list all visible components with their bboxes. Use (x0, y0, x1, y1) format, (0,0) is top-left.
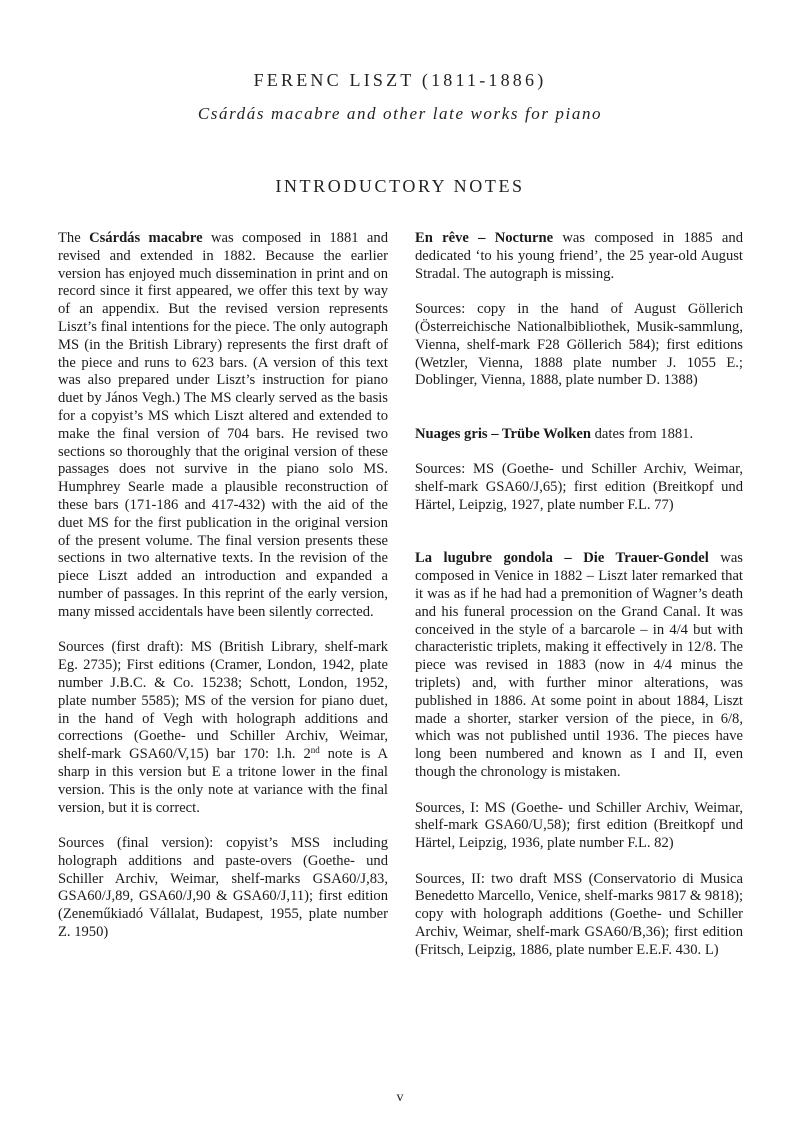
csardas-paragraph: The Csárdás macabre was composed in 1881… (58, 230, 388, 622)
sources-first-draft: Sources (first draft): MS (British Libra… (58, 639, 388, 817)
paragraph-body: was composed in Venice in 1882 – Liszt l… (415, 550, 743, 780)
en-reve-sources: Sources: copy in the hand of August Göll… (415, 301, 743, 390)
gondola-sources-2: Sources, II: two draft MSS (Conservatori… (415, 871, 743, 960)
work-title: La lugubre gondola – Die Trauer-Gondel (415, 550, 709, 566)
paragraph-body: dates from 1881. (591, 426, 693, 442)
work-title: Nuages gris – Trübe Wolken (415, 426, 591, 442)
sources-final-version: Sources (final version): copyist’s MSS i… (58, 835, 388, 942)
sources-text: Sources (first draft): MS (British Libra… (58, 639, 388, 762)
work-title: En rêve – Nocturne (415, 230, 553, 246)
right-column: En rêve – Nocturne was composed in 1885 … (415, 230, 743, 960)
gondola-paragraph: La lugubre gondola – Die Trauer-Gondel w… (415, 550, 743, 781)
nuages-gris-paragraph: Nuages gris – Trübe Wolken dates from 18… (415, 426, 743, 444)
section-title: INTRODUCTORY NOTES (0, 176, 800, 197)
paragraph-lead: The (58, 230, 89, 246)
page-number: v (0, 1090, 800, 1106)
nuages-gris-sources: Sources: MS (Goethe- und Schiller Archiv… (415, 461, 743, 514)
composer-title: FERENC LISZT (1811-1886) (0, 70, 800, 91)
ordinal-superscript: nd (311, 745, 320, 755)
left-column: The Csárdás macabre was composed in 1881… (58, 230, 388, 942)
gondola-sources-1: Sources, I: MS (Goethe- und Schiller Arc… (415, 800, 743, 853)
work-title: Csárdás macabre (89, 230, 203, 246)
volume-subtitle: Csárdás macabre and other late works for… (0, 104, 800, 124)
paragraph-body: was composed in 1881 and revised and ext… (58, 230, 388, 620)
en-reve-paragraph: En rêve – Nocturne was composed in 1885 … (415, 230, 743, 283)
